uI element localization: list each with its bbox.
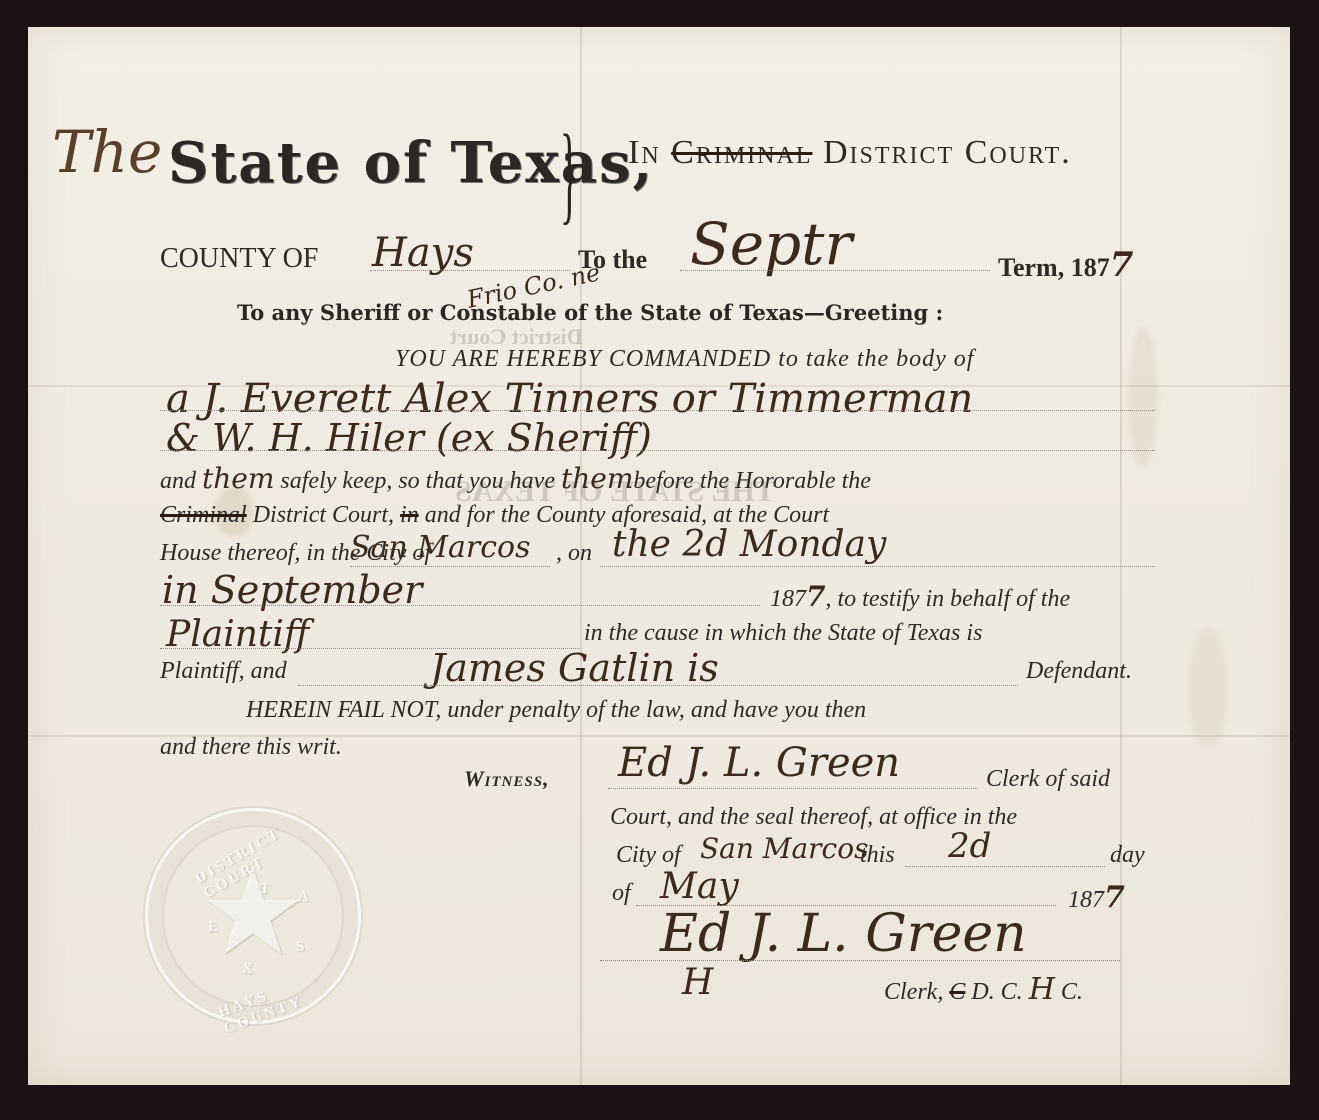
- defendant-name: James Gatlin is: [430, 646, 719, 690]
- witness-clerk-name: Ed J. L. Green: [618, 740, 900, 786]
- year-prefix: 187: [1068, 887, 1104, 913]
- of-label: of: [612, 880, 631, 907]
- fill-line: [608, 788, 978, 789]
- cause-text: in the cause in which the State of Texas…: [584, 620, 982, 647]
- state-title: State of Texas,: [168, 130, 654, 196]
- struck-criminal: Criminal: [671, 134, 812, 171]
- text: safely keep, so that you have: [280, 468, 555, 494]
- handwritten-them: them: [202, 462, 274, 495]
- seal-letter: X: [242, 961, 256, 978]
- fill-line: [160, 410, 1155, 411]
- court-heading: In Criminal District Court.: [628, 134, 1072, 172]
- city-name: San Marcos: [350, 530, 531, 565]
- brace: }: [560, 110, 578, 237]
- struck-in: in: [400, 502, 419, 528]
- struck-c: C: [949, 979, 965, 1005]
- seal-letter: A: [298, 889, 312, 906]
- term-label: Term, 1877: [998, 245, 1133, 285]
- fill-line: [680, 270, 990, 271]
- fill-line: [298, 685, 1018, 686]
- term-month: Septr: [690, 210, 852, 278]
- fail-not-text: HEREIN FAIL NOT, under penalty of the la…: [246, 697, 866, 724]
- court-prefix: In: [628, 134, 661, 171]
- county-initial: H: [1029, 972, 1055, 1007]
- text: and: [160, 468, 196, 494]
- county-label: COUNTY OF: [160, 243, 318, 275]
- seal-letter: E: [208, 919, 221, 936]
- this-label: this: [860, 842, 895, 869]
- body-line-1: and them safely keep, so that you have t…: [160, 462, 871, 495]
- struck-criminal: Criminal: [160, 502, 247, 528]
- plaintiff-and: Plaintiff, and: [160, 658, 287, 685]
- seal-letter: T: [260, 881, 273, 898]
- term-year-prefix: Term, 187: [998, 253, 1110, 282]
- clerk-signature: Ed J. L. Green: [660, 904, 1027, 964]
- fill-line: [600, 566, 1155, 567]
- body-line-4: 1877, to testify in behalf of the: [770, 580, 1070, 613]
- witness-city: San Marcos: [700, 832, 868, 865]
- paper-stain: [1188, 627, 1228, 747]
- fill-line: [160, 450, 1155, 451]
- c: C.: [1061, 979, 1083, 1005]
- paper-stain: [1128, 327, 1158, 467]
- fill-line: [350, 566, 550, 567]
- date-handwritten: the 2d Monday: [612, 524, 886, 565]
- text: before the Hororable the: [633, 468, 871, 494]
- defendant-label: Defendant.: [1026, 658, 1132, 685]
- text: District Court,: [253, 502, 394, 528]
- seal-letter: S: [296, 939, 307, 956]
- witness-year: 1877: [1068, 880, 1125, 915]
- fold-line-vertical: [1120, 27, 1122, 1085]
- year-prefix: 187: [770, 586, 806, 612]
- handwritten-the: The: [52, 118, 162, 186]
- handwritten-them: them: [561, 462, 633, 495]
- on-text: , on: [556, 540, 592, 567]
- day-label: day: [1110, 842, 1145, 869]
- clerk-of-said: Clerk of said: [986, 766, 1110, 793]
- clerk-label: Clerk,: [884, 979, 943, 1005]
- city-of-label: City of: [616, 842, 681, 869]
- d-c: D. C.: [971, 979, 1022, 1005]
- clerk-title: Clerk, C D. C. H C.: [884, 972, 1083, 1007]
- writ-text: and there this writ.: [160, 734, 342, 761]
- fill-line: [160, 605, 760, 606]
- year-digit: 7: [1104, 880, 1125, 915]
- court-name: District Court.: [823, 134, 1072, 171]
- day-number: 2d: [948, 826, 991, 866]
- subpoenaed-names-2: & W. H. Hiler (ex Sheriff): [166, 416, 652, 460]
- year-digit: 7: [806, 580, 825, 613]
- greeting: To any Sheriff or Constable of the State…: [237, 300, 943, 325]
- term-year-digit: 7: [1110, 245, 1134, 285]
- command-text: YOU ARE HEREBY COMMANDED to take the bod…: [395, 346, 974, 373]
- text: , to testify in behalf of the: [825, 586, 1070, 612]
- month: May: [660, 866, 739, 907]
- witness-label: Witness,: [464, 766, 550, 792]
- fill-line: [905, 866, 1105, 867]
- signature-mark: H: [682, 962, 713, 1003]
- embossed-court-seal: ★ DISTRICT COURT HAYS COUNTY T A E S X: [145, 808, 361, 1024]
- signature-line: [600, 960, 1120, 961]
